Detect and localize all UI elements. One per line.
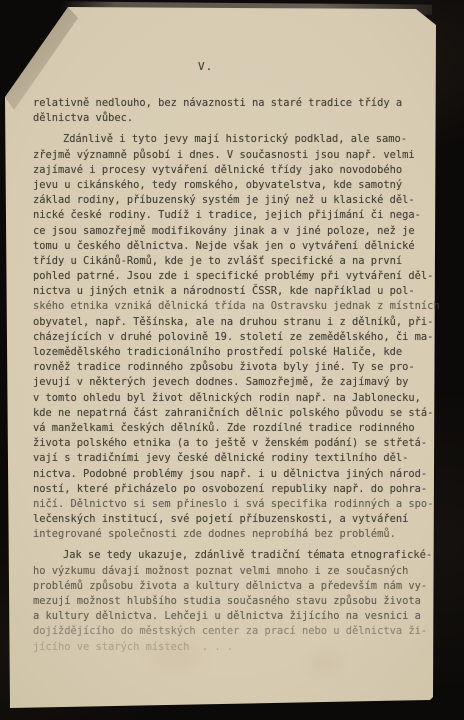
text-line: dělnictva vůbec. bbox=[33, 111, 439, 126]
text-line: Jak se tedy ukazuje, zdánlivě tradiční t… bbox=[33, 548, 439, 563]
text-line: zřejmě významně působí i dnes. V současn… bbox=[33, 148, 439, 163]
text-line: jícího ve starých místech . . . bbox=[33, 640, 439, 655]
text-line: a kultury dělnictva. Lehčeji u dělnictva… bbox=[33, 609, 439, 624]
paragraph: relativně nedlouho, bez návaznosti na st… bbox=[33, 96, 439, 126]
text-line: dojíždějícího do městských center za pra… bbox=[33, 624, 439, 639]
text-line: kde ne nepatrná část zahraničních dělnic… bbox=[33, 406, 439, 421]
text-line: vají s tradičními jevy české dělnické ro… bbox=[33, 451, 439, 466]
paragraph: Jak se tedy ukazuje, zdánlivě tradiční t… bbox=[33, 548, 439, 654]
paragraph: Zdánlivě i tyto jevy mají historický pod… bbox=[33, 132, 439, 542]
text-line: jevují v některých jevech dodnes. Samozř… bbox=[33, 375, 439, 390]
text-line: života polského etnika (a to ještě v žen… bbox=[33, 436, 439, 451]
text-line: vá manželkami českých dělníků. Zde rozdí… bbox=[33, 421, 439, 436]
text-line: Zdánlivě i tyto jevy mají historický pod… bbox=[33, 132, 439, 147]
text-line: ce jsou samozřejmě modifikovány jinak a … bbox=[33, 224, 439, 239]
text-line: zajímavé i procesy vytváření dělnické tř… bbox=[33, 163, 439, 178]
text-line: nictva u jiných etnik a národností ČSSR,… bbox=[33, 284, 439, 299]
text-line: jevu u cikánského, tedy romského, obyvat… bbox=[33, 178, 439, 193]
text-line: ho výzkumu dávají možnost poznat velmi m… bbox=[33, 564, 439, 579]
text-line: základ rodiny, příbuzenský systém je jin… bbox=[33, 193, 439, 208]
text-line: pohled patrné. Jsou zde i specifické pro… bbox=[33, 269, 439, 284]
text-line: problémů způsobu života a kultury dělnic… bbox=[33, 579, 439, 594]
text-line: rovněž tradice rodinného způsobu života … bbox=[33, 360, 439, 375]
text-line: v tomto ohledu byl život dělnických rodi… bbox=[33, 391, 439, 406]
text-line: integrované společnosti zde dodnes nepro… bbox=[33, 527, 439, 542]
text-line: relativně nedlouho, bez návaznosti na st… bbox=[33, 96, 439, 111]
text-line: ností, které přicházelo po osvobození re… bbox=[33, 482, 439, 497]
document-text: relativně nedlouho, bez návaznosti na st… bbox=[33, 96, 439, 661]
text-line: obyvatel, např. Těšínska, ale na druhou … bbox=[33, 315, 439, 330]
text-line: cházejících v druhé polovině 19. století… bbox=[33, 330, 439, 345]
text-line: nictva. Podobné problémy jsou např. i u … bbox=[33, 467, 439, 482]
page-number: V. bbox=[198, 60, 213, 73]
text-line: mezují možnost hlubšího studia současnéh… bbox=[33, 594, 439, 609]
text-line: ského etnika vzniká dělnická třída na Os… bbox=[33, 299, 439, 314]
text-line: tomu u českého dělnictva. Nejde však jen… bbox=[33, 239, 439, 254]
text-line: třídy u Cikánů-Romů, kde je to zvlášť sp… bbox=[33, 254, 439, 269]
text-line: lozemědělského tradicionálního prostředí… bbox=[33, 345, 439, 360]
text-line: nické české rodiny. Tudíž i tradice, jej… bbox=[33, 208, 439, 223]
text-line: ničí. Dělnictvo si sem přineslo i svá sp… bbox=[33, 497, 439, 512]
text-line: lečenských institucí, své pojetí příbuze… bbox=[33, 512, 439, 527]
